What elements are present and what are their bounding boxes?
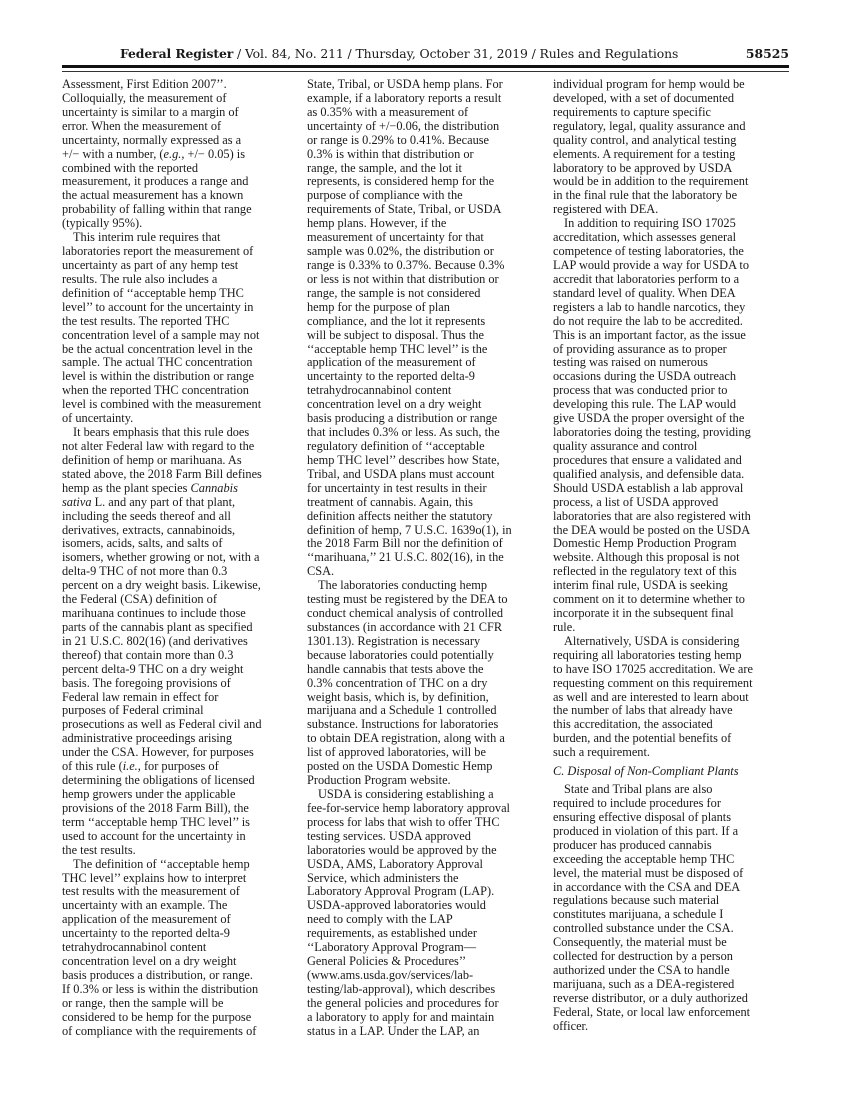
text-line: to obtain DEA registration, along with a [307, 732, 543, 746]
text-line: in the final rule that the laboratory be [553, 189, 789, 203]
text-line: concentration level on a dry weight [62, 955, 298, 969]
text-line: laboratories would be approved by the [307, 844, 543, 858]
text-line: under the CSA. However, for purposes [62, 746, 298, 760]
text-line: for uncertainty in test results in their [307, 482, 543, 496]
text-line: tetrahydrocannabinol content [307, 384, 543, 398]
text-line: reverse distributor, or a duly authorize… [553, 992, 789, 1006]
text-line: State and Tribal plans are also [553, 783, 789, 797]
text-line: measurement of uncertainty for that [307, 231, 543, 245]
text-line: this accreditation, the associated [553, 718, 789, 732]
text-line: requirements to capture specific [553, 106, 789, 120]
section-heading: C. Disposal of Non-Compliant Plants [553, 765, 789, 779]
text-line: concentration level on a dry weight [307, 398, 543, 412]
text-line: marijuana, such as a DEA-registered [553, 978, 789, 992]
text-line: 0.3% concentration of THC on a dry [307, 677, 543, 691]
text-line: definition affects neither the statutory [307, 510, 543, 524]
text-line: required to include procedures for [553, 797, 789, 811]
text-line: administrative proceedings arising [62, 732, 298, 746]
text-line: THC level’’ explains how to interpret [62, 872, 298, 886]
text-line: not alter Federal law with regard to the [62, 440, 298, 454]
text-line: basis. The foregoing provisions of [62, 677, 298, 691]
text-line: developed, with a set of documented [553, 92, 789, 106]
text-line: sativa L. and any part of that plant, [62, 496, 298, 510]
text-line: testing/lab-approval), which describes [307, 983, 543, 997]
text-line: The definition of ‘‘acceptable hemp [62, 858, 298, 872]
text-line: stated above, the 2018 Farm Bill defines [62, 468, 298, 482]
text-line: to have ISO 17025 accreditation. We are [553, 663, 789, 677]
text-line: rule. [553, 621, 789, 635]
text-line: substance. Instructions for laboratories [307, 718, 543, 732]
column-1: Assessment, First Edition 2007’’.Colloqu… [62, 78, 298, 1039]
text-line: Should USDA establish a lab approval [553, 482, 789, 496]
text-line: application of the measurement of [62, 913, 298, 927]
text-line: Tribal, and USDA plans must account [307, 468, 543, 482]
text-line: concentration level of a sample may not [62, 329, 298, 343]
text-line: of this rule (i.e., for purposes of [62, 760, 298, 774]
text-line: laboratories doing the testing, providin… [553, 426, 789, 440]
text-line: level is combined with the measurement [62, 398, 298, 412]
text-line: uncertainty to the reported delta-9 [62, 927, 298, 941]
text-line: Consequently, the material must be [553, 936, 789, 950]
text-line: hemp for the purpose of plan [307, 301, 543, 315]
text-line: such a requirement. [553, 746, 789, 760]
text-line: substances (in accordance with 21 CFR [307, 621, 543, 635]
text-line: provisions of the 2018 Farm Bill), the [62, 802, 298, 816]
text-line: laboratories that are also registered wi… [553, 510, 789, 524]
text-line: requesting comment on this requirement [553, 677, 789, 691]
text-line: The laboratories conducting hemp [307, 579, 543, 593]
text-line: ‘‘marihuana,’’ 21 U.S.C. 802(16), in the [307, 551, 543, 565]
text-line: LAP would provide a way for USDA to [553, 259, 789, 273]
document-page: Federal Register / Vol. 84, No. 211 / Th… [62, 44, 789, 64]
text-line: controlled substance under the CSA. [553, 922, 789, 936]
text-line: Assessment, First Edition 2007’’. [62, 78, 298, 92]
text-line: uncertainty with an example. The [62, 899, 298, 913]
text-line: be the actual concentration level in the [62, 343, 298, 357]
text-line: hemp plans. However, if the [307, 217, 543, 231]
text-line: derivatives, extracts, cannabinoids, [62, 524, 298, 538]
text-line: term ‘‘acceptable hemp THC level’’ is [62, 816, 298, 830]
text-line: collected for destruction by a person [553, 950, 789, 964]
text-line: requirements of State, Tribal, or USDA [307, 203, 543, 217]
text-line: combined with the reported [62, 162, 298, 176]
text-line: standard level of quality. When DEA [553, 287, 789, 301]
text-line: the Federal (CSA) definition of [62, 593, 298, 607]
text-line: In addition to requiring ISO 17025 [553, 217, 789, 231]
text-line: sample. The actual THC concentration [62, 356, 298, 370]
text-line: ‘‘Laboratory Approval Program— [307, 941, 543, 955]
text-line: Production Program website. [307, 774, 543, 788]
text-line: requiring all laboratories testing hemp [553, 649, 789, 663]
text-line: requirements, as established under [307, 927, 543, 941]
text-line: sample was 0.02%, the distribution or [307, 245, 543, 259]
column-3: individual program for hemp would bedeve… [553, 78, 789, 1034]
text-line: regulatory definition of ‘‘acceptable [307, 440, 543, 454]
text-line: marijuana and a Schedule 1 controlled [307, 704, 543, 718]
text-line: of uncertainty. [62, 412, 298, 426]
text-line: range, the sample, and the lot it [307, 162, 543, 176]
text-line: application of the measurement of [307, 356, 543, 370]
text-line: exceeding the acceptable hemp THC [553, 853, 789, 867]
text-line: This interim rule requires that [62, 231, 298, 245]
text-line: CSA. [307, 565, 543, 579]
text-line: the actual measurement has a known [62, 189, 298, 203]
text-line: test results with the measurement of [62, 885, 298, 899]
text-line: This is an important factor, as the issu… [553, 329, 789, 343]
column-2: State, Tribal, or USDA hemp plans. Forex… [307, 78, 543, 1039]
text-line: used to account for the uncertainty in [62, 830, 298, 844]
text-line: thereof) that contain more than 0.3 [62, 649, 298, 663]
text-line: regulatory, legal, quality assurance and [553, 120, 789, 134]
text-line: 0.3% is within that distribution or [307, 148, 543, 162]
text-line: basis producing a distribution or range [307, 412, 543, 426]
header-rule-thin [62, 71, 789, 72]
text-line: delta-9 THC of not more than 0.3 [62, 565, 298, 579]
text-line: +/− with a number, (e.g., +/− 0.05) is [62, 148, 298, 162]
text-line: would be in addition to the requirement [553, 175, 789, 189]
text-line: General Policies & Procedures’’ [307, 955, 543, 969]
text-line: the test results. [62, 844, 298, 858]
text-line: uncertainty of +/−0.06, the distribution [307, 120, 543, 134]
text-line: qualified analysis, and defensible data. [553, 468, 789, 482]
text-line: percent delta-9 THC on a dry weight [62, 663, 298, 677]
text-line: probability of falling within that range [62, 203, 298, 217]
text-line: quality control, and analytical testing [553, 134, 789, 148]
text-line: elements. A requirement for a testing [553, 148, 789, 162]
text-line: USDA-approved laboratories would [307, 899, 543, 913]
text-line: testing must be registered by the DEA to [307, 593, 543, 607]
text-line: produced in violation of this part. If a [553, 825, 789, 839]
text-line: basis produces a distribution, or range. [62, 969, 298, 983]
text-line: the general policies and procedures for [307, 997, 543, 1011]
text-line: burden, and the potential benefits of [553, 732, 789, 746]
text-line: the number of labs that already have [553, 704, 789, 718]
text-line: USDA, AMS, Laboratory Approval [307, 858, 543, 872]
text-line: compliance, and the lot it represents [307, 315, 543, 329]
text-line: measurement, it produces a range and [62, 175, 298, 189]
text-line: or range, then the sample will be [62, 997, 298, 1011]
text-line: the test results. The reported THC [62, 315, 298, 329]
text-line: testing services. USDA approved [307, 830, 543, 844]
text-line: Service, which administers the [307, 872, 543, 886]
text-line: authorized under the CSA to handle [553, 964, 789, 978]
text-line: because laboratories could potentially [307, 649, 543, 663]
text-line: level is within the distribution or rang… [62, 370, 298, 384]
text-line: State, Tribal, or USDA hemp plans. For [307, 78, 543, 92]
text-line: laboratory to be approved by USDA [553, 162, 789, 176]
text-line: registered with DEA. [553, 203, 789, 217]
text-line: or range is 0.29% to 0.41%. Because [307, 134, 543, 148]
text-line: treatment of cannabis. Again, this [307, 496, 543, 510]
text-line: handle cannabis that tests above the [307, 663, 543, 677]
text-line: website. Although this proposal is not [553, 551, 789, 565]
text-line: registers a lab to handle narcotics, the… [553, 301, 789, 315]
text-line: represents, is considered hemp for the [307, 175, 543, 189]
text-line: ‘‘acceptable hemp THC level’’ is the [307, 343, 543, 357]
running-header: Federal Register / Vol. 84, No. 211 / Th… [62, 44, 789, 64]
text-line: Alternatively, USDA is considering [553, 635, 789, 649]
text-line: will be subject to disposal. Thus the [307, 329, 543, 343]
text-line: a laboratory to apply for and maintain [307, 1011, 543, 1025]
text-line: fee-for-service hemp laboratory approval [307, 802, 543, 816]
text-line: range is 0.33% to 0.37%. Because 0.3% [307, 259, 543, 273]
text-line: individual program for hemp would be [553, 78, 789, 92]
text-line: tetrahydrocannabinol content [62, 941, 298, 955]
text-line: Colloquially, the measurement of [62, 92, 298, 106]
text-line: hemp as the plant species Cannabis [62, 482, 298, 496]
text-line: testing was raised on numerous [553, 356, 789, 370]
text-line: procedures that ensure a validated and [553, 454, 789, 468]
text-line: It bears emphasis that this rule does [62, 426, 298, 440]
text-line: or less is not within that distribution … [307, 273, 543, 287]
text-line: the 2018 Farm Bill nor the definition of [307, 537, 543, 551]
text-line: definition of ‘‘acceptable hemp THC [62, 287, 298, 301]
text-line: If 0.3% or less is within the distributi… [62, 983, 298, 997]
publication-name: Federal Register [120, 46, 233, 61]
text-line: competence of testing laboratories, the [553, 245, 789, 259]
text-line: uncertainty to the reported delta-9 [307, 370, 543, 384]
text-line: in accordance with the CSA and DEA [553, 881, 789, 895]
text-line: when the reported THC concentration [62, 384, 298, 398]
text-line: Domestic Hemp Production Program [553, 537, 789, 551]
text-line: of compliance with the requirements of [62, 1025, 298, 1039]
text-line: percent on a dry weight basis. Likewise, [62, 579, 298, 593]
text-line: isomers, whether growing or not, with a [62, 551, 298, 565]
text-line: incorporate it in the subsequent final [553, 607, 789, 621]
text-line: need to comply with the LAP [307, 913, 543, 927]
text-line: as well and are interested to learn abou… [553, 691, 789, 705]
text-line: process, a list of USDA approved [553, 496, 789, 510]
text-line: Federal, State, or local law enforcement [553, 1006, 789, 1020]
text-line: list of approved laboratories, will be [307, 746, 543, 760]
text-line: regulations because such material [553, 894, 789, 908]
header-rule-thick [62, 65, 789, 68]
text-line: uncertainty as part of any hemp test [62, 259, 298, 273]
text-line: Laboratory Approval Program (LAP). [307, 885, 543, 899]
column-3-body-a: individual program for hemp would bedeve… [553, 78, 789, 760]
text-line: range, the sample is not considered [307, 287, 543, 301]
text-line: as 0.35% with a measurement of [307, 106, 543, 120]
page-number: 58525 [746, 46, 789, 61]
text-line: quality assurance and control [553, 440, 789, 454]
text-line: constitutes marijuana, a schedule I [553, 908, 789, 922]
text-line: developing this rule. The LAP would [553, 398, 789, 412]
text-line: uncertainty, normally expressed as a [62, 134, 298, 148]
text-line: conduct chemical analysis of controlled [307, 607, 543, 621]
text-line: determining the obligations of licensed [62, 774, 298, 788]
text-line: process for labs that wish to offer THC [307, 816, 543, 830]
text-line: reflected in the regulatory text of this [553, 565, 789, 579]
text-line: error. When the measurement of [62, 120, 298, 134]
text-line: purpose of compliance with the [307, 189, 543, 203]
text-line: considered to be hemp for the purpose [62, 1011, 298, 1025]
text-line: accredit that laboratories perform to a [553, 273, 789, 287]
text-line: process that was conducted prior to [553, 384, 789, 398]
text-line: definition of hemp, 7 U.S.C. 1639o(1), i… [307, 524, 543, 538]
text-line: (typically 95%). [62, 217, 298, 231]
text-line: (www.ams.usda.gov/services/lab- [307, 969, 543, 983]
text-line: of providing assurance as to proper [553, 343, 789, 357]
text-line: prosecutions as well as Federal civil an… [62, 718, 298, 732]
text-line: definition of hemp or marihuana. As [62, 454, 298, 468]
text-line: level’’ to account for the uncertainty i… [62, 301, 298, 315]
text-line: Federal law remain in effect for [62, 691, 298, 705]
text-line: hemp THC level’’ describes how State, [307, 454, 543, 468]
text-line: marihuana continues to include those [62, 607, 298, 621]
text-line: do not require the lab to be accredited. [553, 315, 789, 329]
text-line: ensuring effective disposal of plants [553, 811, 789, 825]
text-line: producer has produced cannabis [553, 839, 789, 853]
text-line: laboratories report the measurement of [62, 245, 298, 259]
text-line: parts of the cannabis plant as specified [62, 621, 298, 635]
issue-details: / Vol. 84, No. 211 / Thursday, October 3… [233, 46, 678, 61]
column-3-body-b: State and Tribal plans are alsorequired … [553, 783, 789, 1034]
text-line: the DEA would be posted on the USDA [553, 524, 789, 538]
text-line: in 21 U.S.C. 802(16) (and derivatives [62, 635, 298, 649]
text-line: weight basis, which is, by definition, [307, 691, 543, 705]
text-line: isomers, acids, salts, and salts of [62, 537, 298, 551]
text-line: level, the material must be disposed of [553, 867, 789, 881]
text-line: uncertainty is similar to a margin of [62, 106, 298, 120]
text-line: including the seeds thereof and all [62, 510, 298, 524]
text-line: purposes of Federal criminal [62, 704, 298, 718]
text-line: results. The rule also includes a [62, 273, 298, 287]
running-head: Federal Register / Vol. 84, No. 211 / Th… [120, 46, 678, 61]
text-line: hemp growers under the applicable [62, 788, 298, 802]
text-line: USDA is considering establishing a [307, 788, 543, 802]
text-line: posted on the USDA Domestic Hemp [307, 760, 543, 774]
text-line: comment on it to determine whether to [553, 593, 789, 607]
text-line: example, if a laboratory reports a resul… [307, 92, 543, 106]
text-line: 1301.13). Registration is necessary [307, 635, 543, 649]
text-line: that includes 0.3% or less. As such, the [307, 426, 543, 440]
text-line: give USDA the proper oversight of the [553, 412, 789, 426]
text-line: interim final rule, USDA is seeking [553, 579, 789, 593]
text-line: officer. [553, 1020, 789, 1034]
text-line: occasions during the USDA outreach [553, 370, 789, 384]
text-line: accreditation, which assesses general [553, 231, 789, 245]
text-line: status in a LAP. Under the LAP, an [307, 1025, 543, 1039]
